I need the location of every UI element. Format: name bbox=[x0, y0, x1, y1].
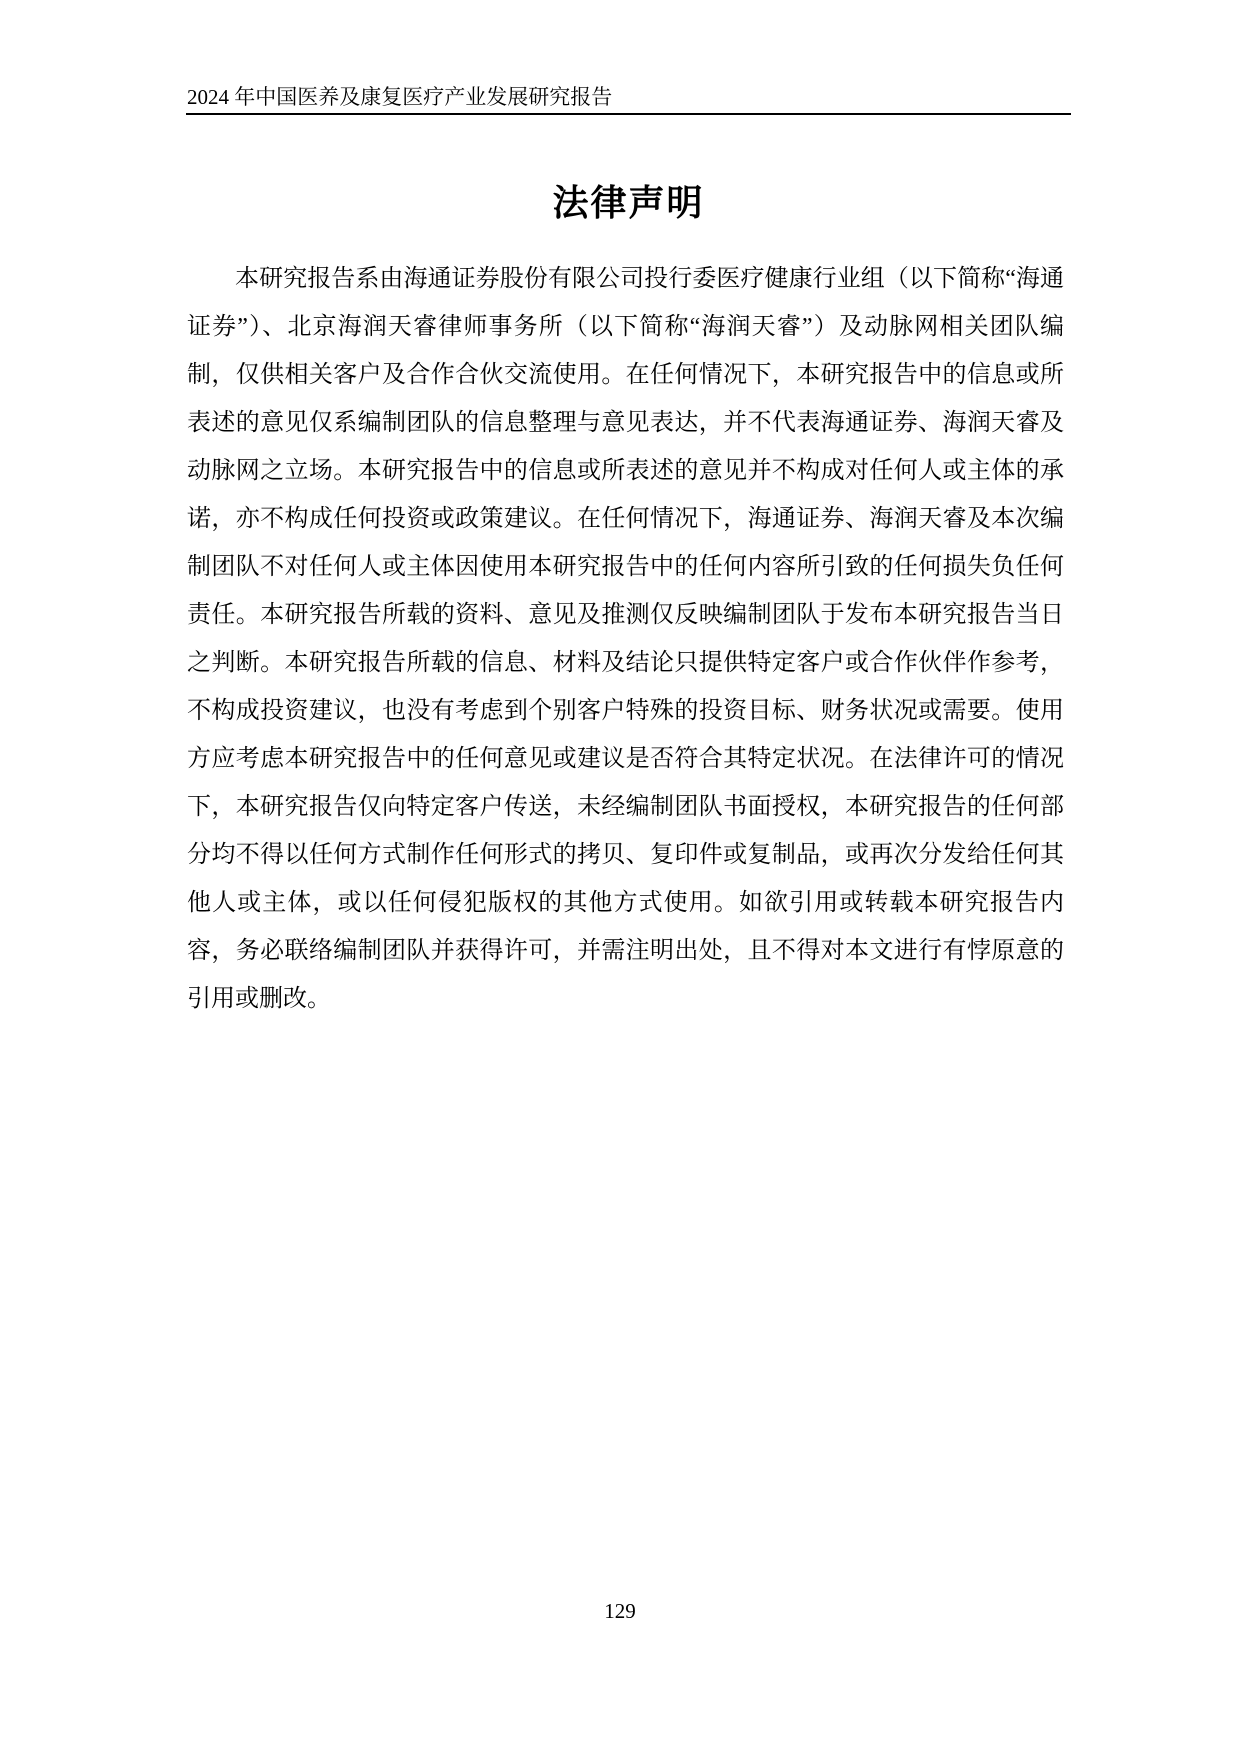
legal-statement-paragraph: 本研究报告系由海通证券股份有限公司投行委医疗健康行业组（以下简称“海通证券”）、… bbox=[187, 255, 1064, 1023]
page-title: 法律声明 bbox=[186, 182, 1071, 224]
header-divider-line bbox=[186, 113, 1071, 115]
page-number: 129 bbox=[0, 1598, 1240, 1624]
report-header-title: 2024 年中国医养及康复医疗产业发展研究报告 bbox=[187, 85, 612, 109]
